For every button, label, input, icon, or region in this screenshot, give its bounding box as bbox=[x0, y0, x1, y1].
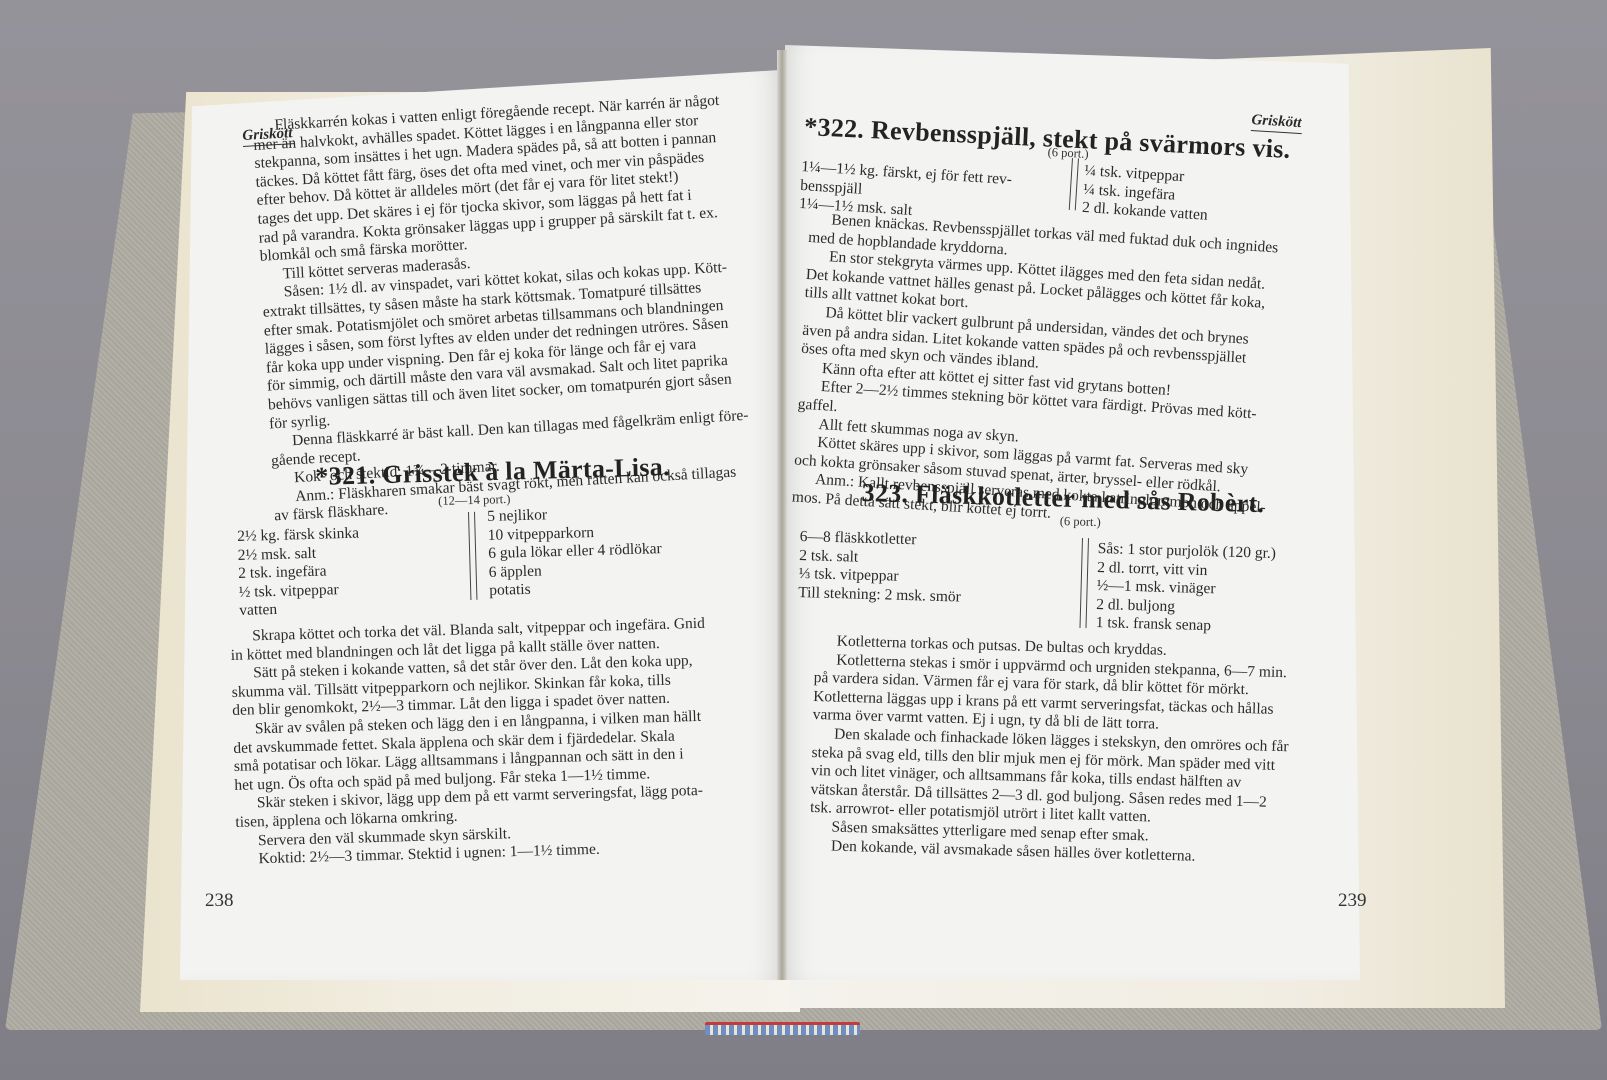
right-section-label: Grisköt­t bbox=[1251, 112, 1303, 134]
intro-paragraph: Fläskkarrén kokas i vatten enligt föregå… bbox=[252, 91, 750, 267]
recipe-323-ingredients-left: 6—8 fläskkotletter2 tsk. salt⅓ tsk. vitp… bbox=[798, 528, 963, 607]
instruction-paragraph: Skär av svålen på steken och lägg den i … bbox=[233, 707, 745, 796]
recipe-323-number: 323. bbox=[861, 478, 908, 508]
recipe-323-portions: (6 port.) bbox=[1060, 514, 1101, 530]
headband-ribbon bbox=[705, 1022, 860, 1035]
left-page-number: 238 bbox=[205, 890, 234, 912]
recipe-321-ingredients-right: 5 nejlikor10 vitpepparkorn6 gula lökar e… bbox=[487, 503, 663, 601]
intro-paragraph: Såsen: 1½ dl. av vinspadet, vari köttet … bbox=[261, 258, 759, 434]
recipe-323-instructions: Kotletterna torkas och putsas. De bultas… bbox=[809, 632, 1325, 869]
recipe-321-portions: (12—14 port.) bbox=[438, 492, 511, 509]
instruction-paragraph: Den skalade och finhackade löken lägges … bbox=[810, 725, 1322, 832]
ingredient-item: 2½ kg. färsk skinka bbox=[237, 525, 359, 547]
ingredient-item: vatten bbox=[239, 599, 361, 621]
recipe-322-portions: (6 port.) bbox=[1047, 145, 1089, 162]
recipe-323-ingredients-right: Sås: 1 stor purjolök (120 gr.) 2 dl. tor… bbox=[1095, 540, 1276, 638]
recipe-322-number: *322. bbox=[804, 112, 865, 144]
book-gutter bbox=[777, 50, 787, 980]
recipe-321-ingredients-left: 2½ kg. färsk skinka2½ msk. salt2 tsk. in… bbox=[237, 525, 361, 621]
recipe-321-number: *321. bbox=[315, 460, 376, 491]
instruction-paragraph: Kotletterna stekas i smör i uppvärmd och… bbox=[812, 651, 1324, 740]
recipe-322-ingredients-right: ¼ tsk. vitpeppar¼ tsk. ingefära2 dl. kok… bbox=[1081, 162, 1210, 226]
recipe-321-instructions: Skrapa köttet och torka det väl. Blanda … bbox=[230, 614, 747, 870]
right-page-number: 239 bbox=[1338, 890, 1367, 912]
